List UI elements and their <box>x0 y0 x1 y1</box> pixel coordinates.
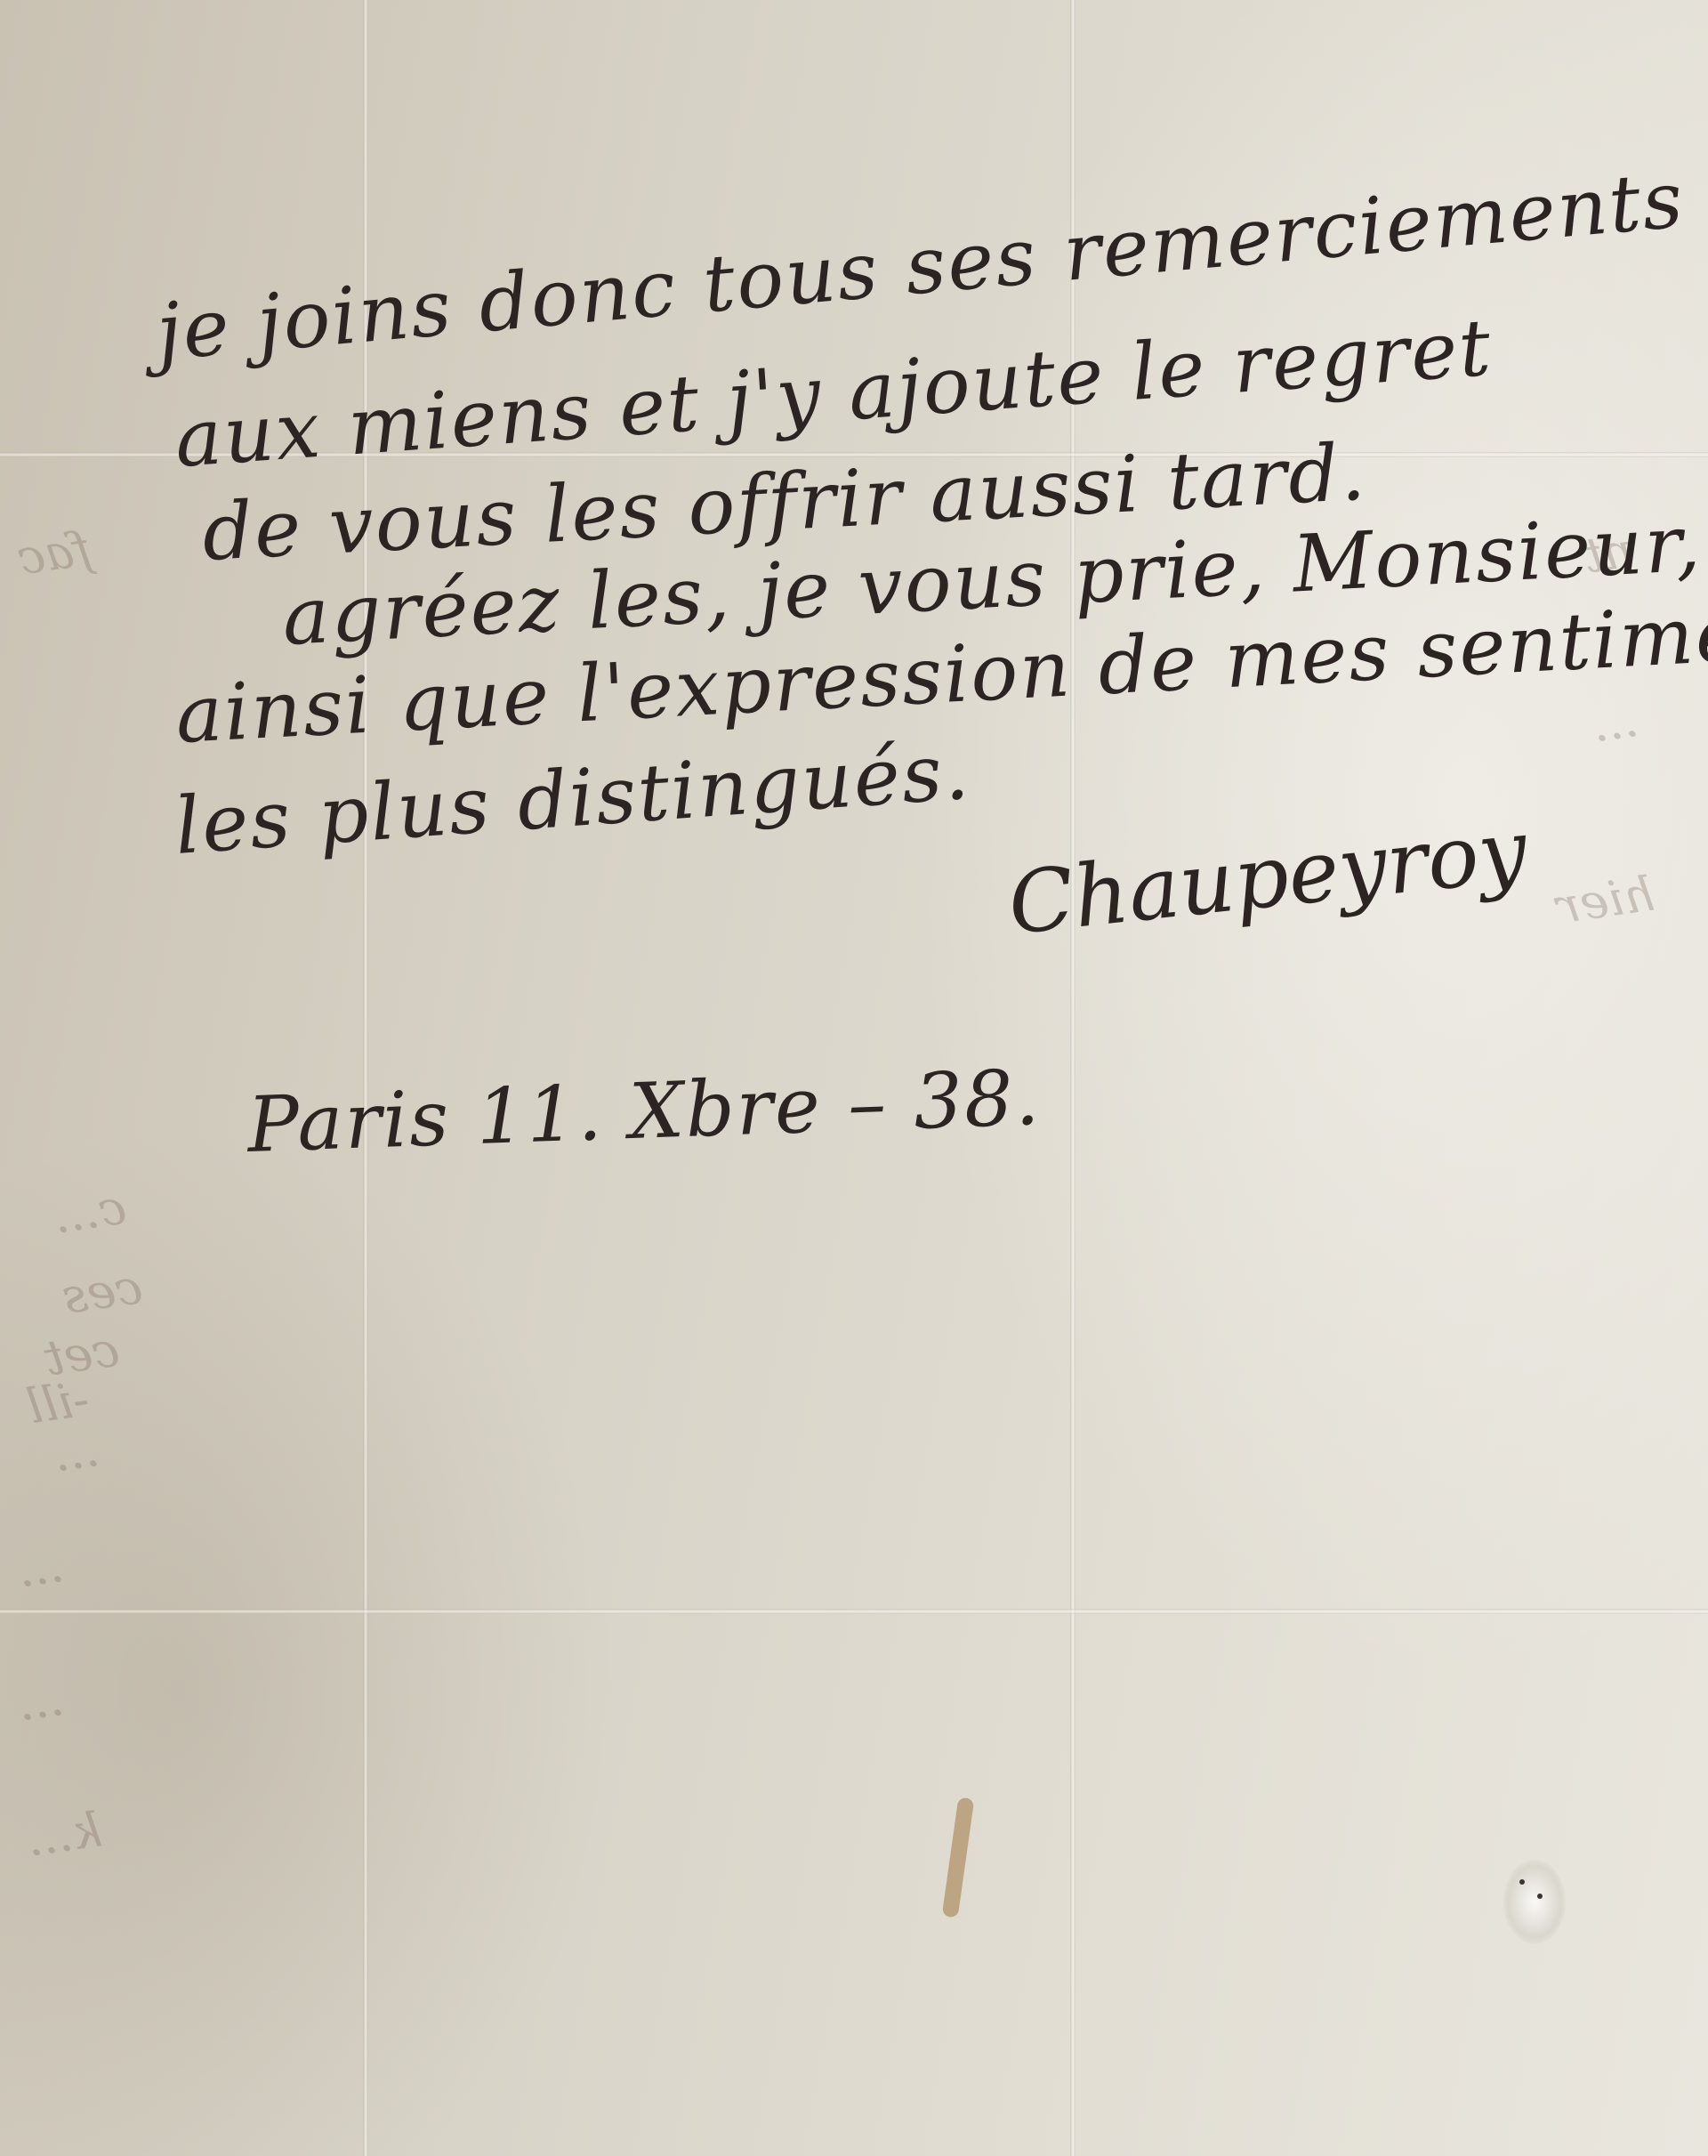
bleed-through-text: ... <box>50 1421 103 1483</box>
bleed-through-text: ces <box>59 1258 146 1325</box>
vertical-fold-crease <box>1070 0 1076 2156</box>
brown-stain-mark <box>942 1797 975 1918</box>
bleed-through-text: ... <box>14 1537 68 1599</box>
bleed-through-text: ... <box>1589 691 1642 754</box>
letter-sheet: fac nt ... hier c... ces cet -ill ... ..… <box>0 0 1708 2156</box>
bleed-through-text: ... <box>14 1670 68 1732</box>
bleed-through-text: hier <box>1553 866 1658 935</box>
signature: Chaupeyroy <box>1003 800 1531 954</box>
bleed-through-text: c... <box>50 1179 130 1245</box>
bleed-through-text: k... <box>23 1801 105 1867</box>
horizontal-fold-crease <box>0 1609 1708 1614</box>
paper-puncture-mark <box>1503 1860 1566 1944</box>
bleed-through-text: fac <box>14 521 94 586</box>
